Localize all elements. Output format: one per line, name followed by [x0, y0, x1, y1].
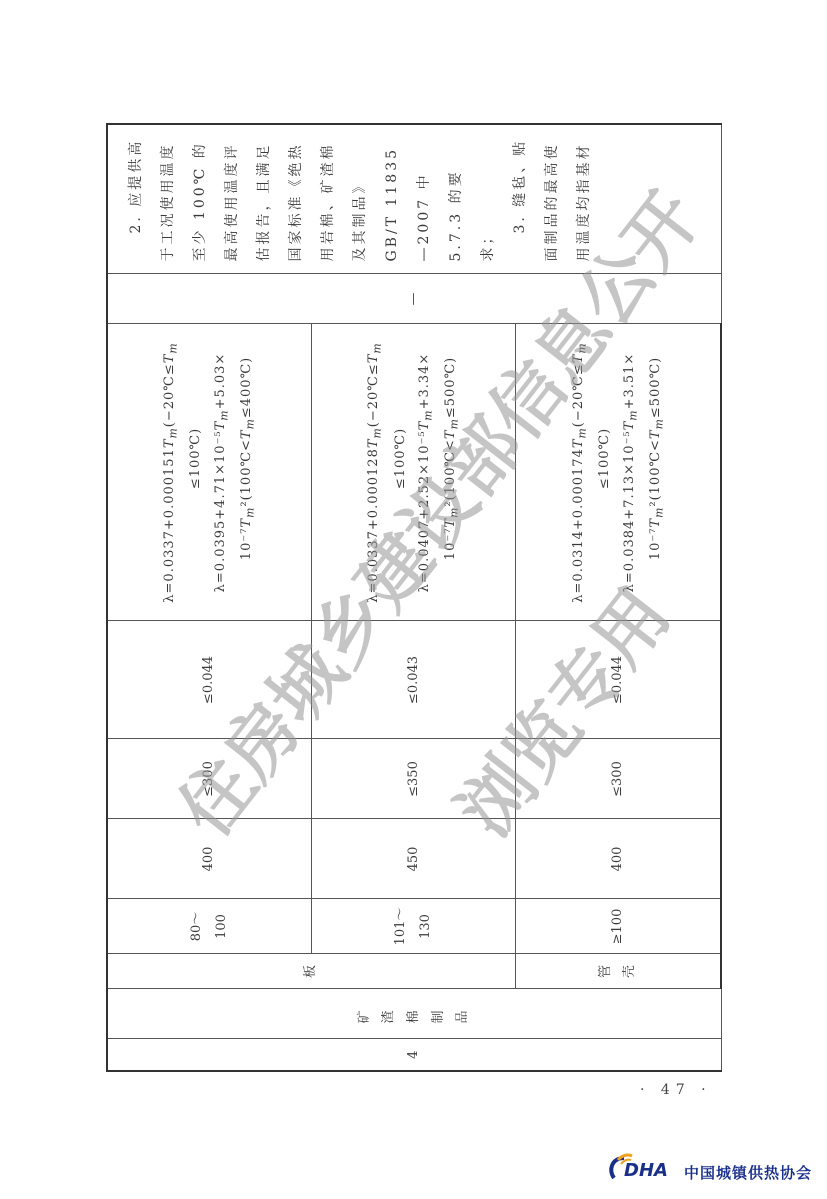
cdha-logo: DHA 中国城镇供热协会 — [606, 1152, 816, 1182]
form-cell: 板 — [107, 954, 516, 989]
formula-text: +3.51× — [622, 353, 637, 410]
material-name-cell: 矿渣棉制品 — [107, 989, 721, 1039]
formula-text: λ=0.0384+7.13×10⁻⁵ — [622, 430, 637, 592]
formula-text: ≤100℃) — [593, 331, 618, 615]
formula-text: (−20℃≤ — [162, 363, 177, 427]
formula-line: 10⁻⁷Tm²(100℃<Tm≤500℃) — [644, 331, 670, 615]
tm-symbol: Tm — [622, 409, 637, 430]
formula-text: ≤100℃) — [389, 331, 414, 615]
formula-text: +5.03× — [213, 353, 228, 410]
tm-symbol: Tm — [366, 427, 381, 448]
density-cell: 101～130 — [312, 899, 516, 954]
misc-cell: — — [107, 274, 721, 324]
logo-brand-text: DHA — [624, 1160, 668, 1181]
density-cell: 80～100 — [107, 899, 312, 954]
tm-symbol: Tm — [571, 342, 586, 363]
recommended-temp-cell: ≤300 — [107, 739, 312, 819]
tm-symbol: Tm — [417, 409, 432, 430]
formula-text: λ=0.0337+0.000151 — [162, 448, 177, 603]
tm-symbol: Tm — [571, 427, 586, 448]
form-cell: 管壳 — [516, 954, 721, 989]
formula-text: (−20℃≤ — [366, 363, 381, 427]
logo-org-name: 中国城镇供热协会 — [684, 1162, 812, 1183]
formula-text: λ=0.0395+4.71×10⁻⁵ — [213, 430, 228, 592]
formula-line: 10⁻⁷Tm²(100℃<Tm≤400℃) — [235, 331, 261, 615]
table-row: 4 矿渣棉制品 板 80～100 400 ≤300 ≤0.044 λ=0.033… — [107, 124, 312, 1071]
note-2: 2. 应提供高于工况使用温度至少 100℃ 的最高使用温度评估报告，且满足国家标… — [120, 137, 504, 262]
tm-symbol: Tm — [366, 342, 381, 363]
formula-text: (−20℃≤ — [571, 363, 586, 427]
formula-line: 10⁻⁷Tm²(100℃<Tm≤500℃) — [439, 331, 465, 615]
tm-symbol: Tm — [162, 342, 177, 363]
conductivity-formula-cell: λ=0.0314+0.000174Tm(−20℃≤Tm ≤100℃) λ=0.0… — [516, 324, 721, 621]
formula-text: λ=0.0337+0.000128 — [366, 448, 381, 603]
formula-text: ≤100℃) — [184, 331, 209, 615]
tm-symbol: Tm — [213, 409, 228, 430]
insulation-spec-table: 4 矿渣棉制品 板 80～100 400 ≤300 ≤0.044 λ=0.033… — [106, 123, 722, 1072]
conductivity-formula-cell: λ=0.0337+0.000128Tm(−20℃≤Tm ≤100℃) λ=0.0… — [312, 324, 516, 621]
thermal-conductivity-cell: ≤0.044 — [516, 621, 721, 739]
recommended-temp-cell: ≤350 — [312, 739, 516, 819]
recommended-temp-cell: ≤300 — [516, 739, 721, 819]
thermal-conductivity-cell: ≤0.044 — [107, 621, 312, 739]
density-cell: ≥100 — [516, 899, 721, 954]
notes-cell: 2. 应提供高于工况使用温度至少 100℃ 的最高使用温度评估报告，且满足国家标… — [107, 124, 721, 274]
max-service-temp-cell: 450 — [312, 819, 516, 899]
formula-text: +3.34× — [417, 353, 432, 410]
formula-text: λ=0.0407+2.52×10⁻⁵ — [417, 430, 432, 592]
page-number: · 47 · — [640, 1082, 712, 1098]
formula-text: λ=0.0314+0.000174 — [571, 448, 586, 603]
max-service-temp-cell: 400 — [516, 819, 721, 899]
note-3: 3. 缝毡、贴面制品的最高使用温度均指基材 — [504, 137, 600, 262]
rotated-table-container: 4 矿渣棉制品 板 80～100 400 ≤300 ≤0.044 λ=0.033… — [106, 125, 722, 1072]
max-service-temp-cell: 400 — [107, 819, 312, 899]
thermal-conductivity-cell: ≤0.043 — [312, 621, 516, 739]
tm-symbol: Tm — [162, 427, 177, 448]
row-number-cell: 4 — [107, 1039, 721, 1071]
conductivity-formula-cell: λ=0.0337+0.000151Tm(−20℃≤Tm ≤100℃) λ=0.0… — [107, 324, 312, 621]
